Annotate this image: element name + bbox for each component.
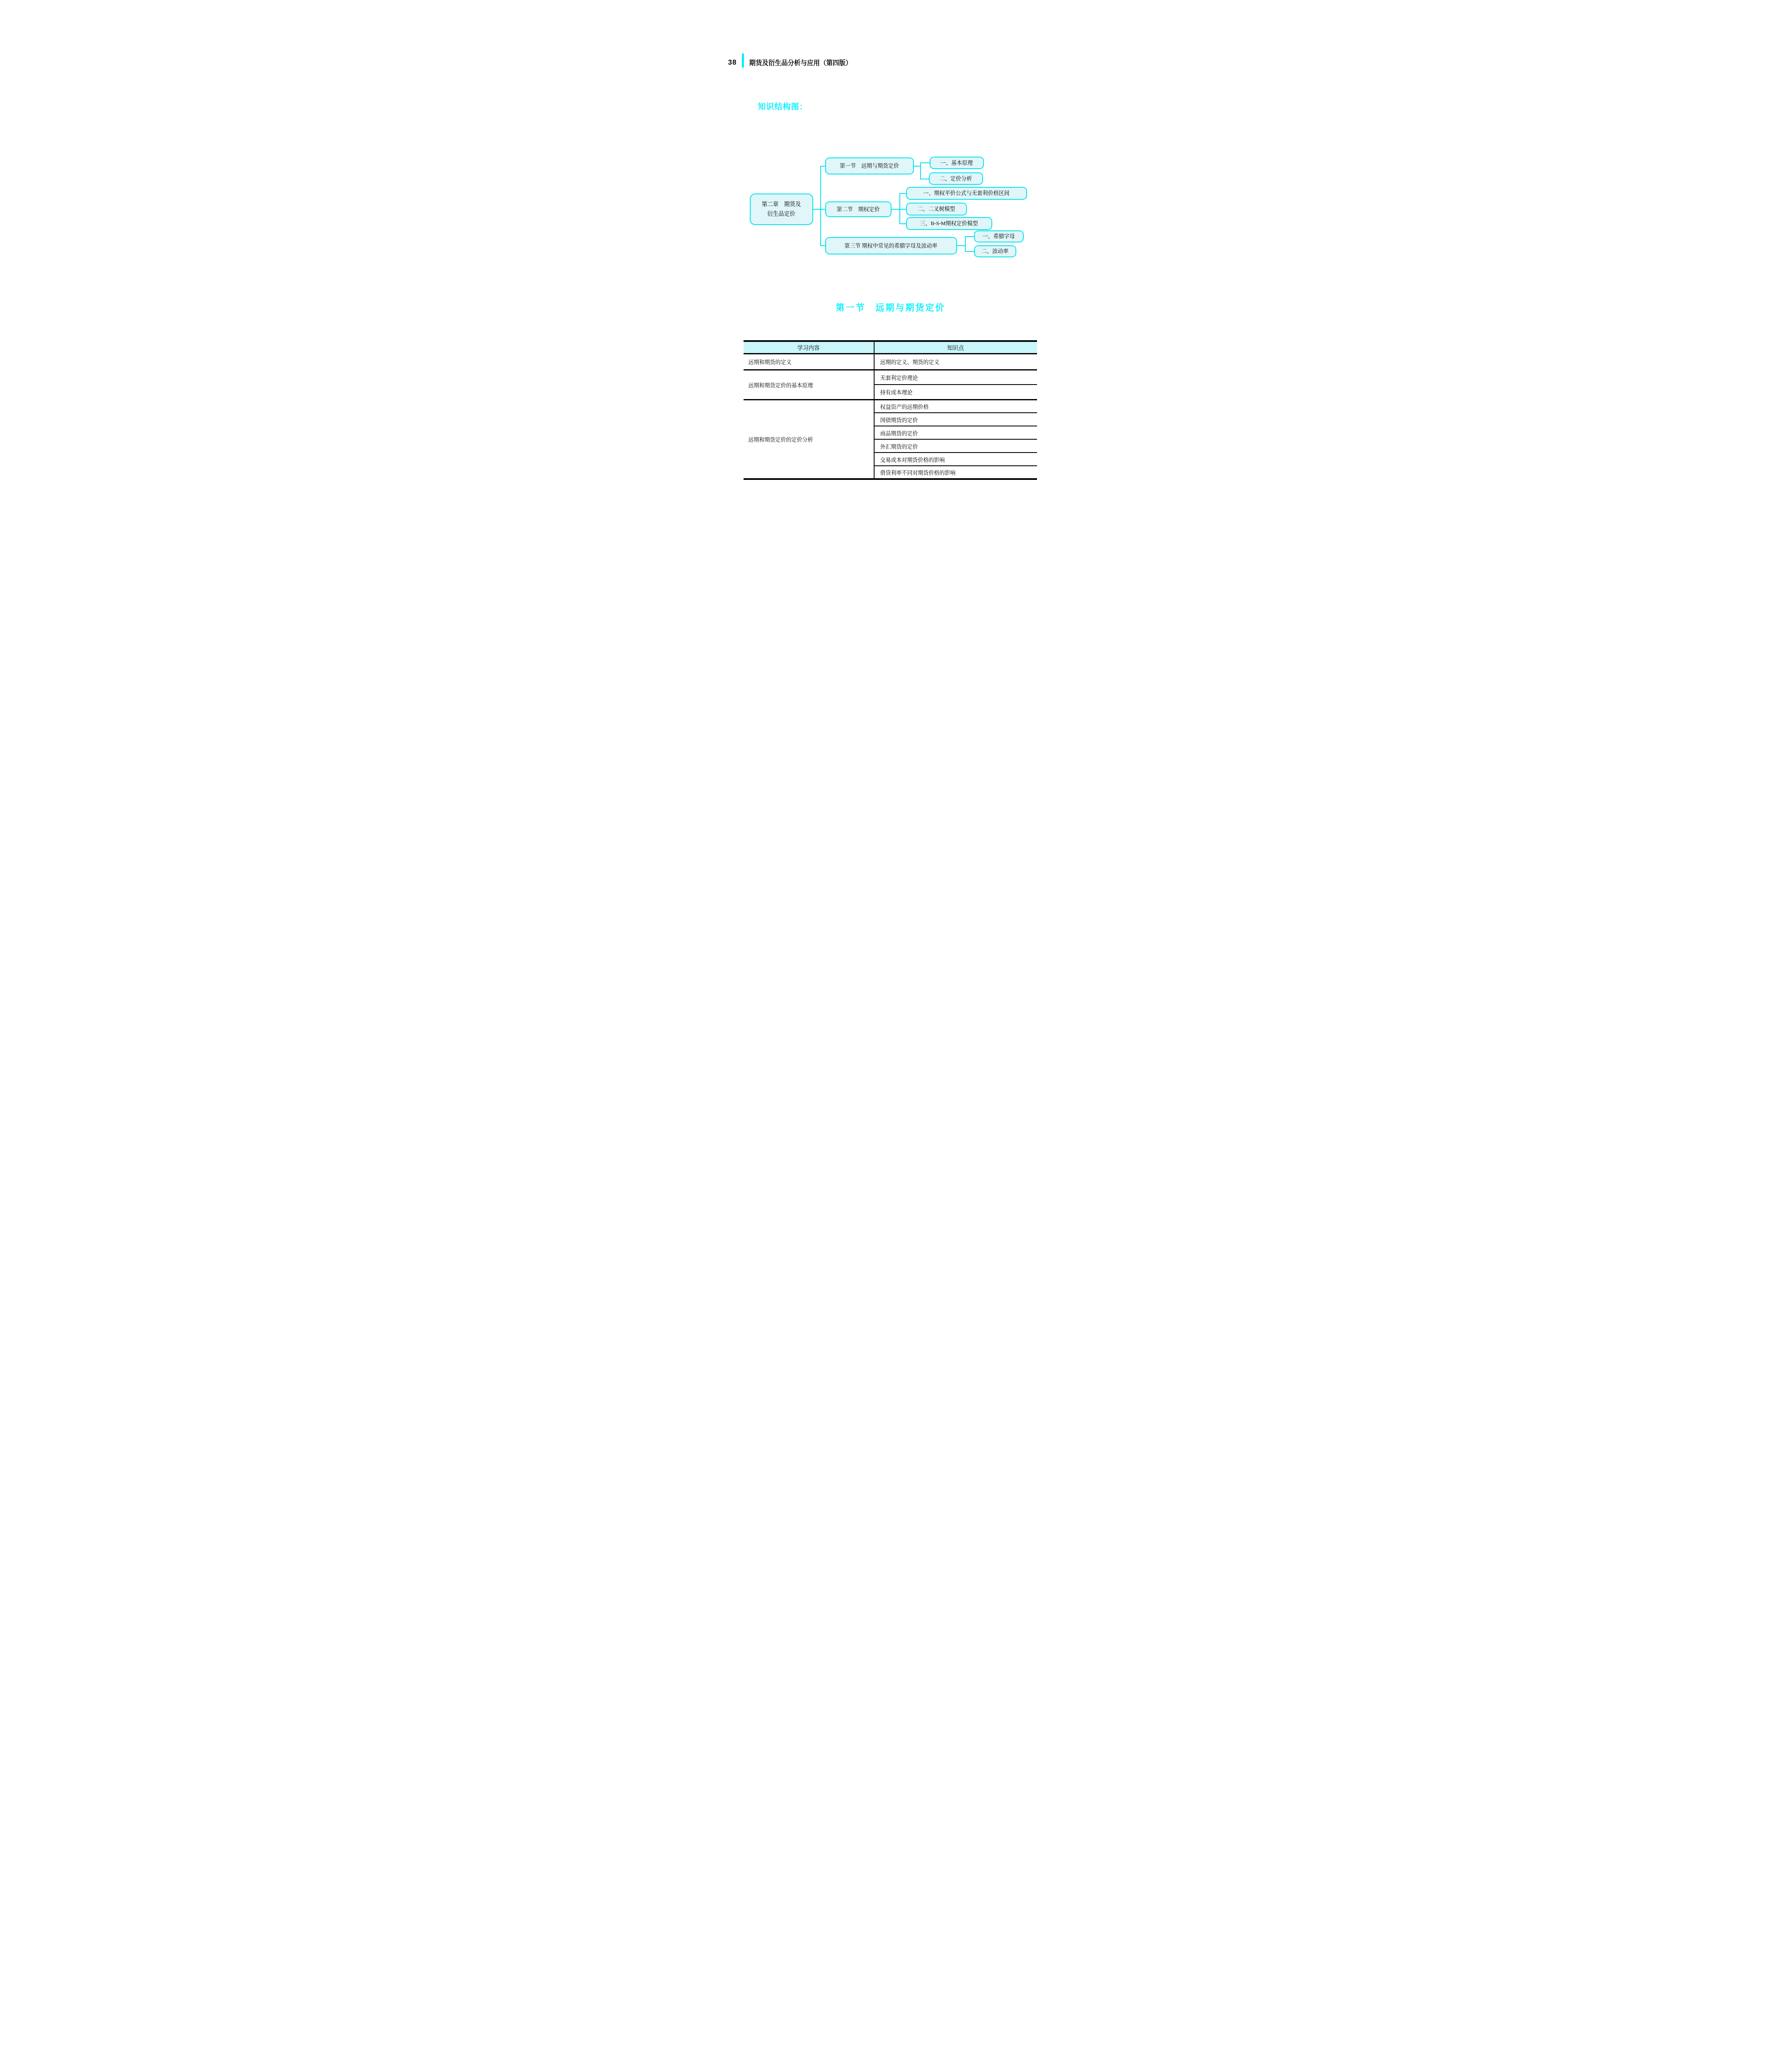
leaf-label: 二、定价分析 xyxy=(940,175,972,182)
leaf-label: 三、B-S-M期权定价模型 xyxy=(920,220,978,227)
branch1-label: 第一节 远期与期货定价 xyxy=(840,162,899,169)
point-cell: 国债期货的定价 xyxy=(874,413,1037,426)
diagram-leaf-volatility: 二、波动率 xyxy=(974,245,1016,257)
connector-b3-out xyxy=(957,245,966,246)
leaf-label: 一、期权平价公式与无套利价格区间 xyxy=(923,190,1009,196)
point-cell: 商品期货的定价 xyxy=(874,426,1037,439)
connector-b1-child1 xyxy=(920,162,930,163)
diagram-root-node: 第二章 期货及衍生品定价 xyxy=(750,194,813,225)
connector-b3-child2 xyxy=(965,251,974,252)
book-title: 期货及衍生品分析与应用（第四版） xyxy=(749,58,852,67)
connector-b3-child1 xyxy=(965,236,974,237)
table-header-content: 学习内容 xyxy=(744,341,874,353)
point-cell: 远期的定义、期货的定义 xyxy=(874,353,1037,370)
diagram-leaf-pricing-analysis: 二、定价分析 xyxy=(929,172,983,185)
content-cell: 远期和期货定价的定价分析 xyxy=(744,399,874,479)
branch3-label: 第三节 期权中常见的希腊字母及波动率 xyxy=(844,242,937,249)
diagram-branch-section3: 第三节 期权中常见的希腊字母及波动率 xyxy=(825,237,957,254)
table-row: 远期和期货定价的定价分析 权益资产的远期价格 xyxy=(744,399,1037,413)
content-cell: 远期和期货的定义 xyxy=(744,353,874,370)
point-cell: 持有成本理论 xyxy=(874,385,1037,399)
leaf-label: 二、二叉树模型 xyxy=(917,206,955,212)
structure-diagram-label: 知识结构图： xyxy=(758,101,808,112)
leaf-label: 一、基本原理 xyxy=(940,160,973,166)
diagram-leaf-parity-formula: 一、期权平价公式与无套利价格区间 xyxy=(906,187,1027,200)
connector-b2-child3 xyxy=(899,223,906,224)
point-cell: 外汇期货的定价 xyxy=(874,439,1037,453)
connector-b3-bracket xyxy=(965,236,966,252)
point-cell: 无套利定价理论 xyxy=(874,370,1037,385)
diagram-root-label: 第二章 期货及衍生品定价 xyxy=(762,200,801,219)
study-content-table: 学习内容 知识点 远期和期货的定义 远期的定义、期货的定义 远期和期货定价的基本… xyxy=(744,340,1037,480)
table-header-row: 学习内容 知识点 xyxy=(744,341,1037,353)
diagram-branch-section2: 第二节 期权定价 xyxy=(825,201,892,217)
leaf-label: 二、波动率 xyxy=(981,248,1008,254)
connector-trunk xyxy=(820,166,821,246)
point-cell: 权益资产的远期价格 xyxy=(874,399,1037,413)
connector-b2-child1 xyxy=(899,193,906,194)
connector-b2-out xyxy=(892,209,900,210)
table-row: 远期和期货的定义 远期的定义、期货的定义 xyxy=(744,353,1037,370)
table-row: 远期和期货定价的基本原理 无套利定价理论 xyxy=(744,370,1037,385)
table-header-points: 知识点 xyxy=(874,341,1037,353)
leaf-label: 一、希腊字母 xyxy=(982,233,1015,240)
connector-b1-bracket xyxy=(920,162,921,179)
diagram-leaf-bsm-model: 三、B-S-M期权定价模型 xyxy=(906,217,992,230)
point-cell: 借贷利率不同对期货价格的影响 xyxy=(874,466,1037,479)
page-number: 38 xyxy=(728,58,737,67)
running-header: 38 期货及衍生品分析与应用（第四版） xyxy=(728,53,852,68)
book-page: 38 期货及衍生品分析与应用（第四版） 知识结构图： 第二章 期货及衍生品定价 xyxy=(668,0,1113,604)
section-title: 第一节 远期与期货定价 xyxy=(668,301,1113,313)
point-cell: 交易成本对期货价格的影响 xyxy=(874,453,1037,466)
branch2-label: 第二节 期权定价 xyxy=(836,206,880,213)
diagram-leaf-binomial-model: 二、二叉树模型 xyxy=(906,203,967,215)
diagram-leaf-greek-letters: 一、希腊字母 xyxy=(974,230,1024,242)
connector-b2-child2 xyxy=(899,209,906,210)
content-cell: 远期和期货定价的基本原理 xyxy=(744,370,874,399)
connector-b1-child2 xyxy=(920,179,930,179)
header-accent-bar xyxy=(742,53,744,68)
diagram-leaf-basic-principle: 一、基本原理 xyxy=(930,157,984,169)
diagram-branch-section1: 第一节 远期与期货定价 xyxy=(825,157,914,174)
